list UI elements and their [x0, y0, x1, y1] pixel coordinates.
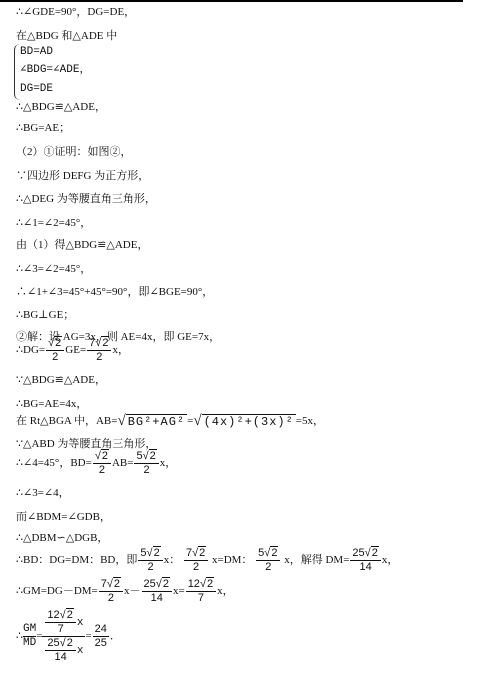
text-line: ∴BG=AE；	[16, 121, 70, 135]
text-line: ∵四边形 DEFG 为正方形，	[16, 169, 149, 183]
text-line: ∴∠1=∠2=45°，	[16, 216, 91, 230]
fraction: 2425	[93, 623, 109, 650]
fraction: 12√27	[186, 578, 216, 605]
text-line: 由（1）得△BDG≌△ADE，	[16, 238, 148, 252]
text-line: ∴BG=AE=4x，	[16, 397, 87, 411]
text-line: ∴△DEG 为等腰直角三角形，	[16, 192, 156, 206]
fraction: 7√22	[87, 337, 111, 364]
radical: √BG²+AG²	[117, 414, 187, 429]
fraction: √22	[93, 450, 111, 477]
fraction: 7√22	[99, 578, 123, 605]
fraction: 5√22	[138, 547, 162, 574]
fraction: √22	[46, 337, 64, 364]
fraction: 5√22	[256, 547, 280, 574]
radical: √(4x)²+(3x)²	[193, 414, 295, 429]
complex-fraction: 12√27x25√214x	[42, 609, 85, 664]
text-line: ∵△BDG≌△ADE，	[16, 373, 106, 387]
text-line: 而∠BDM=∠GDB，	[16, 510, 111, 524]
math-line-gm-md: ∴GMMD=12√27x25√214x=2425．	[16, 609, 121, 664]
text-line: ∴△BDG≌△ADE，	[16, 100, 106, 114]
math-line-gm: ∴GM=DG－DM=7√22x－25√214x=12√27x，	[16, 578, 234, 605]
fraction: 25√214	[142, 578, 172, 605]
fraction: 5√22	[134, 450, 158, 477]
fraction: GMMD	[23, 623, 36, 650]
math-line-ab: 在 Rt△BGA 中，AB=√BG²+AG²=√(4x)²+(3x)²=5x，	[16, 414, 324, 429]
math-line-bd: ∴∠4=45°，BD=√22AB=5√22x，	[16, 450, 176, 477]
text-line: 在△BDG 和△ADE 中	[16, 29, 117, 43]
text-line: ∴∠3=∠2=45°，	[16, 262, 91, 276]
text-line: （2）①证明：如图②，	[16, 145, 132, 159]
text-line: ∴∠GDE=90°，DG=DE，	[16, 5, 135, 19]
text-line: ∴∠1+∠3=45°+45°=90°，即∠BGE=90°，	[16, 285, 213, 299]
system-eq-3: DG=DE	[20, 82, 53, 96]
system-eq-2: ∠BDG=∠ADE，	[20, 63, 90, 77]
system-eq-1: BD=AD	[20, 45, 53, 59]
text-line: ∴BG⊥GE；	[16, 308, 74, 322]
fraction: 25√214	[350, 547, 380, 574]
math-line-dg: ∴DG=√22GE=7√22x，	[16, 337, 129, 364]
text-line: ∴∠3=∠4，	[16, 486, 70, 500]
fraction: 7√22	[184, 547, 208, 574]
math-line-ratio: ∴BD：DG=DM：BD，即5√22x： 7√22 x=DM： 5√22 x，解…	[16, 547, 398, 574]
top-rule	[0, 0, 463, 2]
text-line: ∵△ABD 为等腰直角三角形，	[16, 437, 156, 451]
text-line: ∴△DBM∽△DGB，	[16, 531, 108, 545]
